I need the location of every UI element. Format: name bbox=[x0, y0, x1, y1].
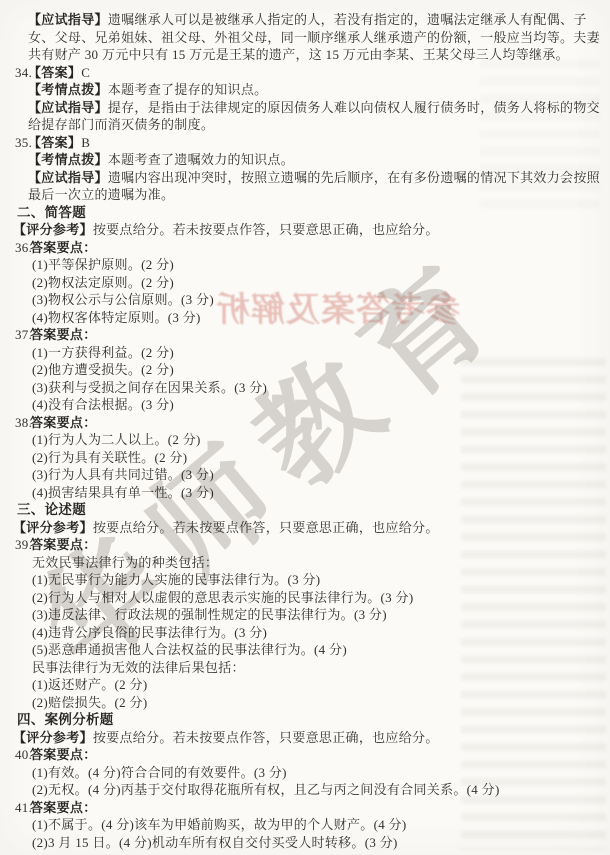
block-text: (3)物权公示与公信原则。(3 分) bbox=[32, 292, 214, 307]
document-body: 【应试指导】遗嘱继承人可以是被继承人指定的人，若没有指定的，遗嘱法定继承人有配偶… bbox=[0, 0, 610, 855]
block-text: 答案要点： bbox=[30, 415, 97, 430]
block-text: 答案要点： bbox=[30, 537, 97, 552]
block-text: (1)返还财产。(2 分) bbox=[32, 677, 147, 692]
block-text: (1)不属于。(4 分)该车为甲婚前购买，故为甲的个人财产。(4 分) bbox=[32, 817, 406, 832]
block-text: (2)他方遭受损失。(2 分) bbox=[32, 362, 174, 377]
question-number: 39. bbox=[15, 536, 32, 554]
block-text: 答案要点： bbox=[30, 800, 97, 815]
question-number: 35. bbox=[15, 134, 32, 152]
answer-points-heading: 36.答案要点： bbox=[0, 239, 600, 257]
answer-point-item: (4)违背公序良俗的民事法律行为。(3 分) bbox=[0, 624, 600, 642]
bracket-label: 【评分参考】 bbox=[13, 730, 93, 745]
answer-line: 35.【答案】B bbox=[0, 134, 600, 152]
guidance-paragraph: 【考情点拨】本题考查了遗嘱效力的知识点。 bbox=[0, 151, 600, 169]
question-number: 34. bbox=[15, 64, 32, 82]
guidance-paragraph: 【应试指导】提存，是指由于法律规定的原因债务人难以向债权人履行债务时，债务人将标… bbox=[0, 99, 600, 134]
block-text: (2)行为具有关联性。(2 分) bbox=[32, 450, 187, 465]
block-text: 答案要点： bbox=[30, 240, 97, 255]
bracket-label: 【答案】 bbox=[28, 65, 81, 80]
block-text: (2)赔偿损失。(2 分) bbox=[32, 695, 147, 710]
answer-point-item: (1)行为人为二人以上。(2 分) bbox=[0, 431, 600, 449]
answer-point-item: (1)返还财产。(2 分) bbox=[0, 676, 600, 694]
block-text: 答案要点： bbox=[30, 747, 97, 762]
bracket-label: 【评分参考】 bbox=[13, 520, 93, 535]
block-text: 按要点给分。若未按要点作答，只要意思正确，也应给分。 bbox=[93, 222, 439, 237]
block-text: 二、简答题 bbox=[17, 205, 86, 220]
block-text: 按要点给分。若未按要点作答，只要意思正确，也应给分。 bbox=[93, 730, 439, 745]
block-text: (3)违反法律、行政法规的强制性规定的民事法律行为。(3 分) bbox=[32, 607, 387, 622]
answer-line: 34.【答案】C bbox=[0, 64, 600, 82]
block-text: (2)无权。(4 分)丙基于交付取得花瓶所有权，且乙与丙之间没有合同关系。(4 … bbox=[32, 782, 500, 797]
answer-point-item: (3)获利与受损之间存在因果关系。(3 分) bbox=[0, 379, 600, 397]
block-text: (2)物权法定原则。(2 分) bbox=[32, 275, 174, 290]
block-text: 本题考查了遗嘱效力的知识点。 bbox=[108, 152, 294, 167]
answer-point-item: (1)平等保护原则。(2 分) bbox=[0, 256, 600, 274]
scoring-note: 【评分参考】按要点给分。若未按要点作答，只要意思正确，也应给分。 bbox=[0, 519, 600, 537]
block-text: 遗嘱内容出现冲突时，按照立遗嘱的先后顺序，在有多份遗嘱的情况下其效力会按照最后一… bbox=[28, 170, 600, 203]
answer-point-item: (5)恶意串通损害他人合法权益的民事法律行为。(4 分) bbox=[0, 641, 600, 659]
block-text: (1)平等保护原则。(2 分) bbox=[32, 257, 174, 272]
block-text: (5)恶意串通损害他人合法权益的民事法律行为。(4 分) bbox=[32, 642, 347, 657]
answer-point-item: (4)物权客体特定原则。(3 分) bbox=[0, 309, 600, 327]
scoring-note: 【评分参考】按要点给分。若未按要点作答，只要意思正确，也应给分。 bbox=[0, 729, 600, 747]
answer-points-heading: 41.答案要点： bbox=[0, 799, 600, 817]
block-text: (1)无民事行为能力人实施的民事法律行为。(3 分) bbox=[32, 572, 320, 587]
answer-points-heading: 39.答案要点： bbox=[0, 536, 600, 554]
block-text: (1)一方获得利益。(2 分) bbox=[32, 345, 174, 360]
answer-points-heading: 40.答案要点： bbox=[0, 746, 600, 764]
answer-points-heading: 38.答案要点： bbox=[0, 414, 600, 432]
block-text: 三、论述题 bbox=[17, 502, 86, 517]
bracket-label: 【考情点拨】 bbox=[28, 82, 108, 97]
answer-point-item: (2)他方遭受损失。(2 分) bbox=[0, 361, 600, 379]
answer-point-item: 民事法律行为无效的法律后果包括： bbox=[0, 659, 600, 677]
block-text: 无效民事法律行为的种类包括： bbox=[32, 555, 218, 570]
block-text: C bbox=[81, 65, 90, 80]
block-text: (4)没有合法根据。(3 分) bbox=[32, 397, 174, 412]
section-heading: 三、论述题 bbox=[0, 501, 600, 519]
guidance-paragraph: 【考情点拨】本题考查了提存的知识点。 bbox=[0, 81, 600, 99]
answer-point-item: (1)一方获得利益。(2 分) bbox=[0, 344, 600, 362]
bracket-label: 【评分参考】 bbox=[13, 222, 93, 237]
block-text: B bbox=[81, 135, 90, 150]
block-text: 答案要点： bbox=[30, 327, 97, 342]
answer-point-item: (2)无权。(4 分)丙基于交付取得花瓶所有权，且乙与丙之间没有合同关系。(4 … bbox=[0, 781, 600, 799]
scanned-answer-sheet-page: 参考答案及解析 华师教育 【应试指导】遗嘱继承人可以是被继承人指定的人，若没有指… bbox=[0, 0, 610, 855]
answer-point-item: (4)损害结果具有单一性。(3 分) bbox=[0, 484, 600, 502]
block-text: (1)行为人为二人以上。(2 分) bbox=[32, 432, 201, 447]
answer-point-item: (3)行为人具有共同过错。(3 分) bbox=[0, 466, 600, 484]
block-text: (2)3 月 15 日。(4 分)机动车所有权自交付买受人时转移。(3 分) bbox=[32, 835, 398, 850]
block-text: 四、案例分析题 bbox=[17, 712, 114, 727]
answer-point-item: (4)没有合法根据。(3 分) bbox=[0, 396, 600, 414]
question-number: 37. bbox=[15, 326, 32, 344]
answer-point-item: (1)无民事行为能力人实施的民事法律行为。(3 分) bbox=[0, 571, 600, 589]
question-number: 38. bbox=[15, 414, 32, 432]
guidance-paragraph: 【应试指导】遗嘱继承人可以是被继承人指定的人，若没有指定的，遗嘱法定继承人有配偶… bbox=[0, 11, 600, 64]
block-text: (4)违背公序良俗的民事法律行为。(3 分) bbox=[32, 625, 267, 640]
answer-point-item: (1)不属于。(4 分)该车为甲婚前购买，故为甲的个人财产。(4 分) bbox=[0, 816, 600, 834]
block-text: (4)物权客体特定原则。(3 分) bbox=[32, 310, 201, 325]
block-text: 提存，是指由于法律规定的原因债务人难以向债权人履行债务时，债务人将标的物交给提存… bbox=[28, 100, 600, 133]
bracket-label: 【答案】 bbox=[28, 135, 81, 150]
block-text: (3)行为人具有共同过错。(3 分) bbox=[32, 467, 214, 482]
guidance-paragraph: 【应试指导】遗嘱内容出现冲突时，按照立遗嘱的先后顺序，在有多份遗嘱的情况下其效力… bbox=[0, 169, 600, 204]
block-text: (2)行为人与相对人以虚假的意思表示实施的民事法律行为。(3 分) bbox=[32, 590, 413, 605]
answer-points-heading: 37.答案要点： bbox=[0, 326, 600, 344]
answer-point-item: (2)行为人与相对人以虚假的意思表示实施的民事法律行为。(3 分) bbox=[0, 589, 600, 607]
question-number: 41. bbox=[15, 799, 32, 817]
block-text: 按要点给分。若未按要点作答，只要意思正确，也应给分。 bbox=[93, 520, 439, 535]
bracket-label: 【应试指导】 bbox=[28, 100, 108, 115]
scoring-note: 【评分参考】按要点给分。若未按要点作答，只要意思正确，也应给分。 bbox=[0, 221, 600, 239]
bracket-label: 【应试指导】 bbox=[28, 12, 108, 27]
block-text: (4)损害结果具有单一性。(3 分) bbox=[32, 485, 214, 500]
answer-point-item: (3)违反法律、行政法规的强制性规定的民事法律行为。(3 分) bbox=[0, 606, 600, 624]
answer-point-item: 无效民事法律行为的种类包括： bbox=[0, 554, 600, 572]
block-text: 遗嘱继承人可以是被继承人指定的人，若没有指定的，遗嘱法定继承人有配偶、子女、父母… bbox=[28, 12, 600, 62]
question-number: 36. bbox=[15, 239, 32, 257]
answer-point-item: (3)物权公示与公信原则。(3 分) bbox=[0, 291, 600, 309]
block-text: 本题考查了提存的知识点。 bbox=[108, 82, 268, 97]
answer-point-item: (2)赔偿损失。(2 分) bbox=[0, 694, 600, 712]
block-text: (1)有效。(4 分)符合合同的有效要件。(3 分) bbox=[32, 765, 287, 780]
answer-point-item: (2)行为具有关联性。(2 分) bbox=[0, 449, 600, 467]
section-heading: 四、案例分析题 bbox=[0, 711, 600, 729]
answer-point-item: (2)3 月 15 日。(4 分)机动车所有权自交付买受人时转移。(3 分) bbox=[0, 834, 600, 852]
block-text: 民事法律行为无效的法律后果包括： bbox=[32, 660, 245, 675]
answer-point-item: (2)物权法定原则。(2 分) bbox=[0, 274, 600, 292]
section-heading: 二、简答题 bbox=[0, 204, 600, 222]
question-number: 40. bbox=[15, 746, 32, 764]
bracket-label: 【考情点拨】 bbox=[28, 152, 108, 167]
bracket-label: 【应试指导】 bbox=[28, 170, 108, 185]
answer-point-item: (1)有效。(4 分)符合合同的有效要件。(3 分) bbox=[0, 764, 600, 782]
block-text: (3)获利与受损之间存在因果关系。(3 分) bbox=[32, 380, 267, 395]
